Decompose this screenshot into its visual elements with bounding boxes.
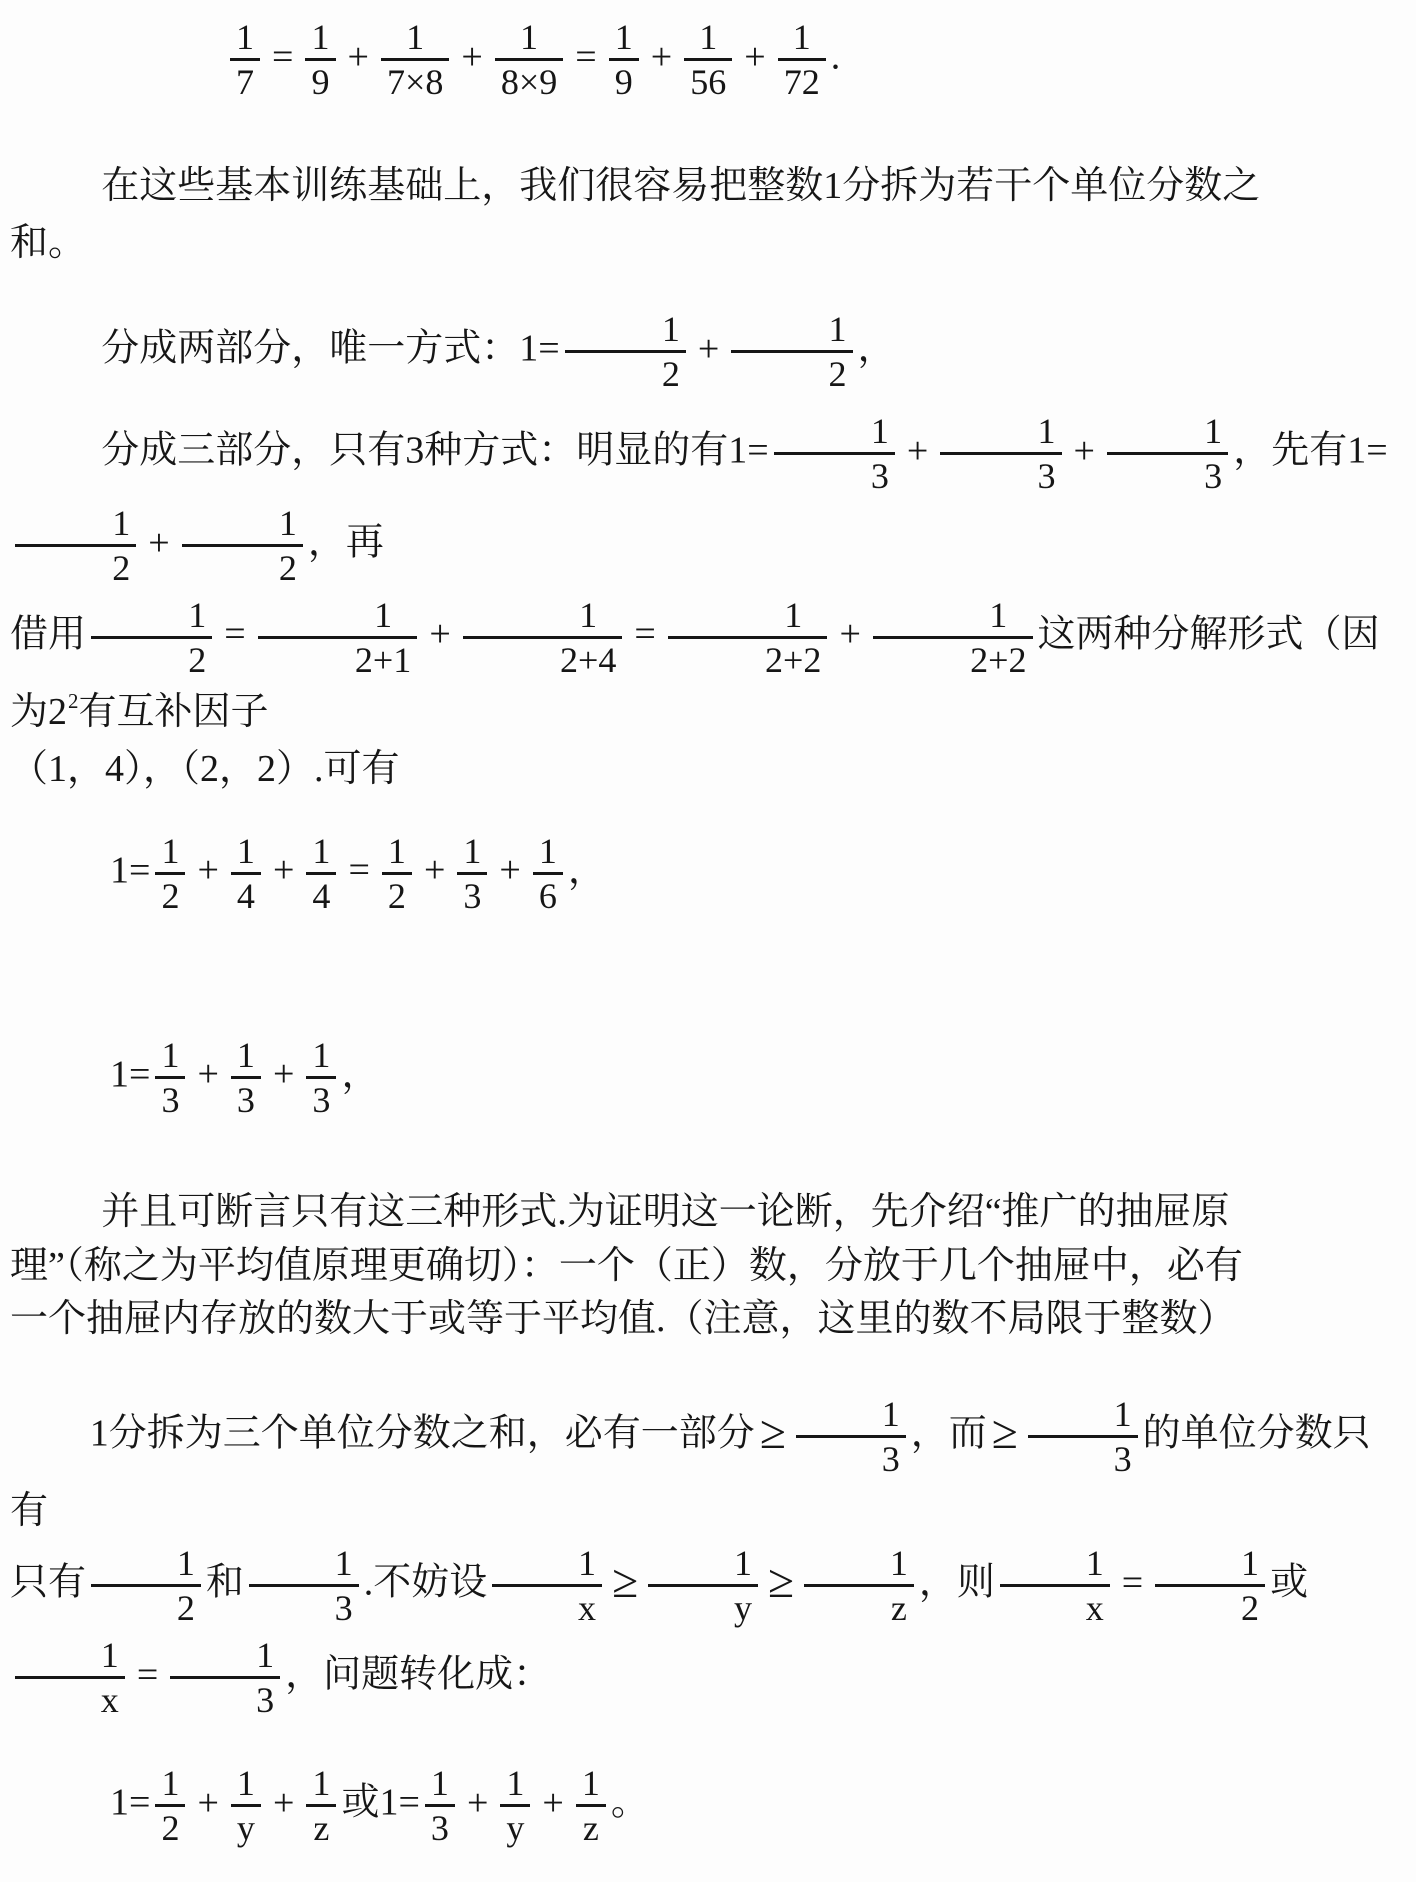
fraction-denominator: 2: [565, 350, 686, 394]
fraction-numerator: 1: [668, 596, 828, 636]
text-run: 1分拆为三个单位分数之和，必有一部分: [90, 1413, 755, 1455]
fraction-denominator: 2: [15, 544, 136, 588]
fraction-numerator: 1: [230, 18, 260, 58]
fraction-numerator: 1: [258, 596, 418, 636]
fraction-denominator: 7×8: [381, 58, 449, 102]
fraction: 12: [382, 832, 412, 916]
fraction-denominator: 2+2: [873, 636, 1033, 680]
fraction-denominator: 2+1: [258, 636, 418, 680]
operator: =: [341, 849, 376, 891]
text-run: 1=: [110, 1782, 150, 1824]
fraction-denominator: 2: [91, 1584, 201, 1628]
fraction-numerator: 1: [804, 1544, 914, 1584]
fraction: 1z: [306, 1764, 336, 1848]
text-run: ，而: [911, 1413, 987, 1455]
operator: +: [737, 36, 772, 78]
fraction-numerator: 1: [155, 1036, 185, 1076]
text-run: 借用: [10, 613, 86, 655]
fraction: 14: [306, 832, 336, 916]
text-run: .: [831, 36, 841, 78]
operator: +: [422, 613, 457, 655]
document-page: 17=19+17×8+18×9=19+156+172.在这些基本训练基础上，我们…: [10, 14, 1404, 1852]
text-run: 1=: [110, 849, 150, 891]
fraction-numerator: 1: [15, 1636, 125, 1676]
fraction-numerator: 1: [170, 1636, 280, 1676]
operator: =: [568, 36, 603, 78]
document-body: 17=19+17×8+18×9=19+156+172.在这些基本训练基础上，我们…: [10, 14, 1404, 1852]
fraction-denominator: z: [306, 1804, 336, 1848]
operator: +: [644, 36, 679, 78]
text-run: 在这些基本训练基础上，我们很容易把整数1分拆为若干个单位分数之: [101, 165, 1260, 207]
text-run: 分成三部分，只有3种方式：明显的有1=: [101, 430, 768, 472]
operator: +: [266, 1053, 301, 1095]
para-apply: 1分拆为三个单位分数之和，必有一部分≥13，而≥13的单位分数只有只有12和13…: [10, 1391, 1404, 1724]
operator: +: [190, 1053, 225, 1095]
fraction-numerator: 1: [609, 18, 639, 58]
fraction: 1y: [648, 1544, 758, 1628]
fraction-numerator: 1: [381, 18, 449, 58]
fraction-numerator: 1: [940, 412, 1061, 452]
fraction-denominator: y: [648, 1584, 758, 1628]
fraction-numerator: 1: [182, 504, 303, 544]
fraction-denominator: 3: [170, 1676, 280, 1720]
fraction: 19: [305, 18, 335, 102]
equation-1-over-7: 17=19+17×8+18×9=19+156+172.: [225, 14, 1404, 106]
fraction-numerator: 1: [306, 1764, 336, 1804]
fraction-denominator: 2: [382, 872, 412, 916]
operator: +: [535, 1782, 570, 1824]
fraction-numerator: 1: [565, 310, 686, 350]
fraction: 156: [684, 18, 732, 102]
fraction: 12: [155, 1764, 185, 1848]
fraction-denominator: z: [576, 1804, 606, 1848]
operator: +: [266, 1782, 301, 1824]
para-claim: 并且可断言只有这三种形式.为证明这一论断，先介绍“推广的抽屉原理”（称之为平均值…: [10, 1186, 1404, 1348]
fraction-denominator: 3: [1107, 452, 1228, 496]
text-run: ，再: [308, 522, 384, 564]
fraction: 172: [778, 18, 826, 102]
fraction: 12: [155, 832, 185, 916]
fraction: 17: [230, 18, 260, 102]
fraction: 1y: [231, 1764, 261, 1848]
text-run: （1，4），（2，2）.可有: [10, 748, 400, 790]
text-run: 分成两部分，唯一方式：1=: [101, 328, 559, 370]
fraction: 13: [425, 1764, 455, 1848]
operator: +: [190, 849, 225, 891]
text-run: 理”（称之为平均值原理更确切）：一个（正）数，分放于几个抽屉中，必有: [10, 1245, 1243, 1287]
text-run: 。: [611, 1782, 649, 1824]
fraction-denominator: 3: [1028, 1435, 1138, 1479]
fraction-numerator: 1: [306, 832, 336, 872]
fraction-numerator: 1: [463, 596, 623, 636]
text-run: 或: [1270, 1562, 1308, 1604]
text-run: ，: [341, 1053, 379, 1095]
fraction-denominator: 2: [731, 350, 852, 394]
fraction-numerator: 1: [796, 1395, 906, 1435]
greater-equal-sign: ≥: [763, 1556, 799, 1608]
fraction: 12+2: [873, 596, 1033, 680]
fraction-numerator: 1: [684, 18, 732, 58]
text-run: 一个抽屉内存放的数大于或等于平均值.（注意，这里的数不局限于整数）: [10, 1298, 1236, 1340]
operator: =: [627, 613, 662, 655]
operator: +: [266, 849, 301, 891]
fraction: 12: [91, 1544, 201, 1628]
text-run: 1=: [110, 1053, 150, 1095]
fraction: 12+4: [463, 596, 623, 680]
fraction-denominator: 3: [249, 1584, 359, 1628]
fraction-denominator: 56: [684, 58, 732, 102]
fraction-denominator: 3: [231, 1076, 261, 1120]
fraction-denominator: 2: [91, 636, 212, 680]
fraction: 13: [1028, 1395, 1138, 1479]
fraction-numerator: 1: [500, 1764, 530, 1804]
fraction-numerator: 1: [91, 596, 212, 636]
fraction: 17×8: [381, 18, 449, 102]
fraction-numerator: 1: [91, 1544, 201, 1584]
operator: +: [190, 1782, 225, 1824]
fraction-denominator: 3: [796, 1435, 906, 1479]
fraction-numerator: 1: [306, 1036, 336, 1076]
fraction-numerator: 1: [1000, 1544, 1110, 1584]
fraction-denominator: y: [500, 1804, 530, 1848]
fraction-denominator: 9: [305, 58, 335, 102]
fraction: 13: [774, 412, 895, 496]
fraction-numerator: 1: [15, 504, 136, 544]
fraction: 1z: [576, 1764, 606, 1848]
fraction: 12: [565, 310, 686, 394]
fraction-denominator: 3: [306, 1076, 336, 1120]
fraction-denominator: 7: [230, 58, 260, 102]
fraction-denominator: x: [1000, 1584, 1110, 1628]
fraction: 12: [1155, 1544, 1265, 1628]
fraction-numerator: 1: [492, 1544, 602, 1584]
fraction-denominator: x: [15, 1676, 125, 1720]
greater-equal-sign: ≥: [755, 1407, 791, 1459]
fraction: 12+2: [668, 596, 828, 680]
text-run: ，则: [919, 1562, 995, 1604]
text-run: 只有: [10, 1562, 86, 1604]
fraction-denominator: 4: [306, 872, 336, 916]
equation-thirds: 1=13+13+13，: [110, 1032, 1404, 1124]
fraction-numerator: 1: [155, 832, 185, 872]
text-run: ，问题转化成：: [285, 1654, 551, 1696]
fraction: 19: [609, 18, 639, 102]
fraction: 1x: [492, 1544, 602, 1628]
text-run: .不妨设: [364, 1562, 488, 1604]
fraction: 13: [306, 1036, 336, 1120]
fraction-numerator: 1: [155, 1764, 185, 1804]
text-run: 并且可断言只有这三种形式.为证明这一论断，先介绍“推广的抽屉原: [101, 1191, 1229, 1233]
fraction-denominator: 3: [457, 872, 487, 916]
fraction-denominator: 2: [182, 544, 303, 588]
operator: =: [1115, 1562, 1150, 1604]
text-run: 有互补因子: [78, 691, 268, 733]
fraction-numerator: 1: [1155, 1544, 1265, 1584]
fraction-denominator: z: [804, 1584, 914, 1628]
text-run: ，: [858, 328, 896, 370]
fraction: 13: [249, 1544, 359, 1628]
operator: =: [130, 1654, 165, 1696]
fraction-denominator: 2+4: [463, 636, 623, 680]
fraction: 1z: [804, 1544, 914, 1628]
fraction: 1x: [1000, 1544, 1110, 1628]
fraction-denominator: 2: [155, 872, 185, 916]
greater-equal-sign: ≥: [987, 1407, 1023, 1459]
text-run: ，先有1=: [1233, 430, 1387, 472]
fraction: 1y: [500, 1764, 530, 1848]
fraction-numerator: 1: [231, 1036, 261, 1076]
fraction-numerator: 1: [533, 832, 563, 872]
fraction-denominator: 3: [155, 1076, 185, 1120]
fraction-numerator: 1: [648, 1544, 758, 1584]
fraction: 13: [940, 412, 1061, 496]
fraction-numerator: 1: [873, 596, 1033, 636]
fraction: 13: [796, 1395, 906, 1479]
operator: +: [900, 430, 935, 472]
fraction-denominator: 9: [609, 58, 639, 102]
fraction: 12: [731, 310, 852, 394]
operator: =: [217, 613, 252, 655]
fraction-numerator: 1: [457, 832, 487, 872]
fraction-numerator: 1: [1107, 412, 1228, 452]
fraction-denominator: 2+2: [668, 636, 828, 680]
operator: +: [341, 36, 376, 78]
fraction-numerator: 1: [425, 1764, 455, 1804]
fraction: 13: [155, 1036, 185, 1120]
fraction-denominator: 6: [533, 872, 563, 916]
fraction: 12: [182, 504, 303, 588]
text-run: 和: [206, 1562, 244, 1604]
text-run: ，: [568, 849, 606, 891]
fraction: 14: [231, 832, 261, 916]
fraction-denominator: 2: [1155, 1584, 1265, 1628]
fraction-denominator: 8×9: [495, 58, 563, 102]
fraction-denominator: 4: [231, 872, 261, 916]
fraction-denominator: x: [492, 1584, 602, 1628]
fraction: 12+1: [258, 596, 418, 680]
operator: =: [265, 36, 300, 78]
operator: +: [691, 328, 726, 370]
operator: +: [492, 849, 527, 891]
fraction: 13: [1107, 412, 1228, 496]
operator: +: [141, 522, 176, 564]
fraction-denominator: 3: [940, 452, 1061, 496]
greater-equal-sign: ≥: [607, 1556, 643, 1608]
fraction: 12: [15, 504, 136, 588]
fraction-numerator: 1: [1028, 1395, 1138, 1435]
fraction-numerator: 1: [231, 832, 261, 872]
operator: +: [1067, 430, 1102, 472]
text-run: 和。: [10, 222, 86, 264]
fraction: 12: [91, 596, 212, 680]
fraction-numerator: 1: [305, 18, 335, 58]
fraction: 13: [457, 832, 487, 916]
fraction-denominator: 72: [778, 58, 826, 102]
fraction: 13: [231, 1036, 261, 1120]
fraction-numerator: 1: [774, 412, 895, 452]
fraction: 16: [533, 832, 563, 916]
operator: +: [454, 36, 489, 78]
fraction: 13: [170, 1636, 280, 1720]
fraction: 1x: [15, 1636, 125, 1720]
fraction: 18×9: [495, 18, 563, 102]
para-three-parts: 分成三部分，只有3种方式：明显的有1=13+13+13，先有1=12+12，再借…: [10, 408, 1404, 798]
fraction-numerator: 1: [231, 1764, 261, 1804]
fraction-numerator: 1: [382, 832, 412, 872]
para-two-parts: 分成两部分，唯一方式：1=12+12，: [10, 306, 1404, 398]
fraction-denominator: 3: [774, 452, 895, 496]
operator: +: [417, 849, 452, 891]
fraction-numerator: 1: [576, 1764, 606, 1804]
fraction-numerator: 1: [731, 310, 852, 350]
operator: +: [460, 1782, 495, 1824]
fraction-numerator: 1: [495, 18, 563, 58]
fraction-denominator: 3: [425, 1804, 455, 1848]
text-run: 或1=: [341, 1782, 419, 1824]
fraction-denominator: 2: [155, 1804, 185, 1848]
equation-half-quarter: 1=12+14+14=12+13+16，: [110, 828, 1404, 920]
superscript: 2: [67, 689, 78, 713]
para-intro: 在这些基本训练基础上，我们很容易把整数1分拆为若干个单位分数之和。: [10, 158, 1404, 272]
fraction-numerator: 1: [249, 1544, 359, 1584]
operator: +: [832, 613, 867, 655]
fraction-numerator: 1: [778, 18, 826, 58]
fraction-denominator: y: [231, 1804, 261, 1848]
equation-final: 1=12+1y+1z或1=13+1y+1z。: [110, 1760, 1404, 1852]
